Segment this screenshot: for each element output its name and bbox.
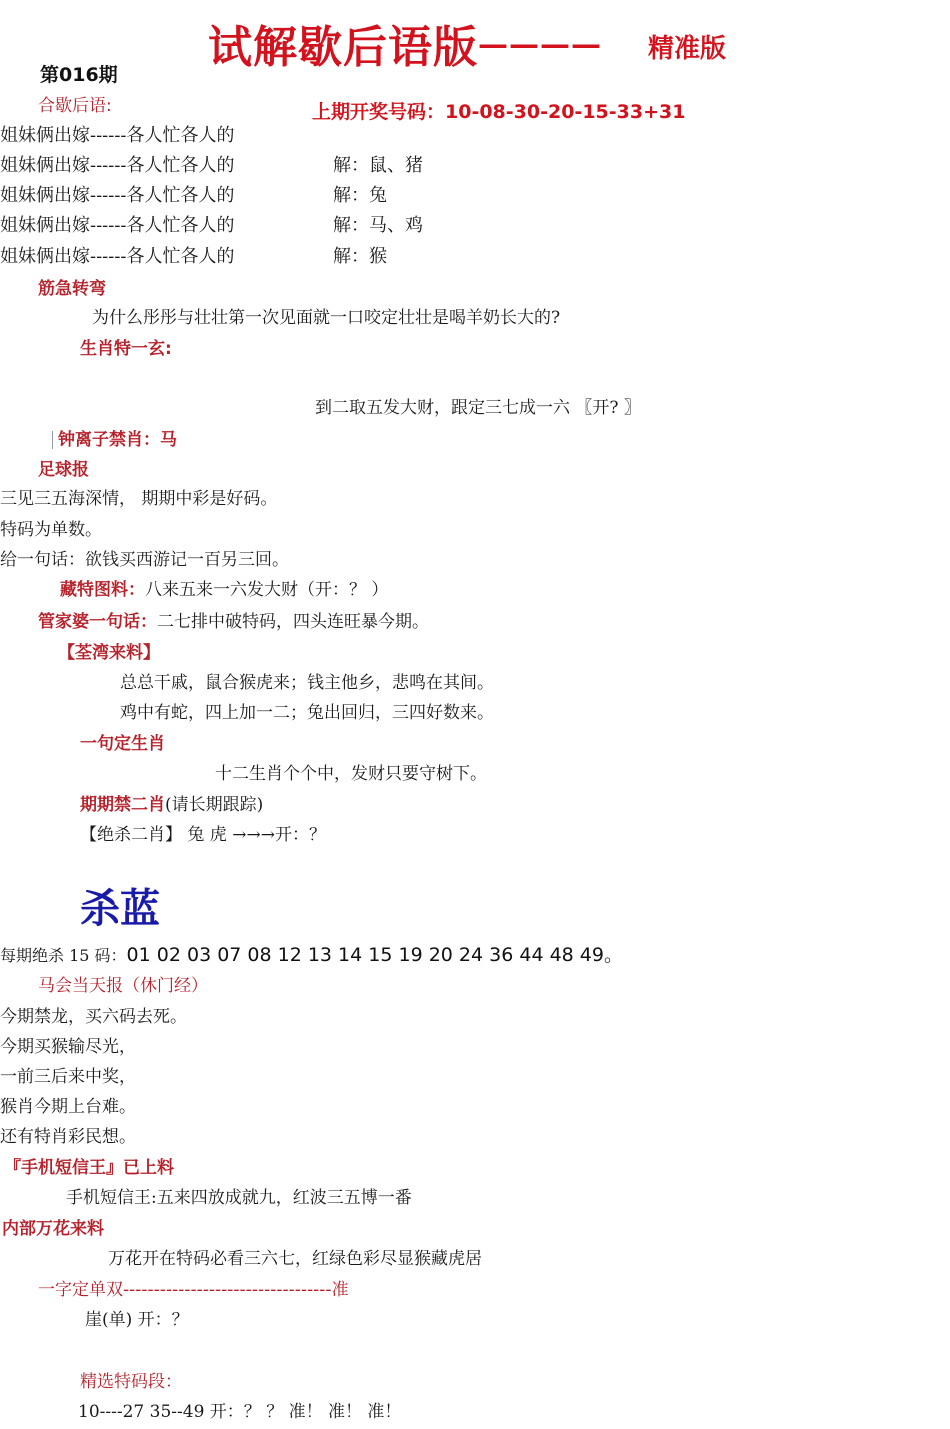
- zhongli-ban: 钟离子禁肖：马: [58, 432, 177, 449]
- racing-heading: 马会当天报（休门经）: [38, 978, 208, 995]
- kill-blue-label: 每期绝杀 15 码：: [0, 946, 127, 965]
- xiehouyu-heading: 合歇后语:: [38, 98, 112, 115]
- zodiac-special-text: 到二取五发大财，跟定三七成一六 〖开? 〗: [315, 400, 641, 417]
- housekeeper-row: 管家婆一句话：二七排中破特码，四头连旺暴今期。: [38, 614, 429, 631]
- racing-line: 今期禁龙，买六码去死。: [0, 1009, 187, 1026]
- title-text: 试解歇后语版: [208, 22, 478, 73]
- hidden-pic-label: 藏特图料：: [60, 580, 145, 600]
- quanwan-line: 总总干戚，鼠合猴虎来；钱主他乡，悲鸣在其间。: [120, 675, 494, 692]
- football-line: 给一句话：欲钱买西游记一百另三回。: [0, 552, 289, 569]
- riddle-heading: 筋急转弯: [38, 281, 106, 298]
- segment-text: 10----27 35--49 开：？ ？ 准！ 准！ 准！: [78, 1404, 401, 1421]
- football-heading: 足球报: [38, 462, 89, 479]
- kill-blue-row: 每期绝杀 15 码：01 02 03 07 08 12 13 14 15 19 …: [0, 946, 623, 965]
- xiehouyu-answer: 解：猴: [333, 248, 387, 266]
- xiehouyu-answer: 解：兔: [333, 187, 387, 205]
- xiehouyu-line: 姐妹俩出嫁------各人忙各人的: [0, 217, 235, 235]
- football-line: 特码为单数。: [0, 522, 102, 539]
- sms-king-heading: 『手机短信王』已上料: [4, 1160, 174, 1177]
- hidden-pic-text: 八来五来一六发大财（开：？ ）: [145, 580, 388, 600]
- hidden-pic-row: 藏特图料：八来五来一六发大财（开：？ ）: [60, 582, 388, 599]
- segment-heading: 精选特码段：: [80, 1374, 182, 1391]
- xiehouyu-line: 姐妹俩出嫁------各人忙各人的: [0, 248, 235, 266]
- odd-even-heading: 一字定单双----------------------------------准: [38, 1282, 349, 1299]
- ban-two-text: 【绝杀二肖】 兔 虎 →→→开：？: [80, 827, 326, 844]
- racing-line: 还有特肖彩民想。: [0, 1129, 136, 1146]
- title-subtitle: 精准版: [648, 36, 726, 62]
- racing-line: 一前三后来中奖，: [0, 1069, 136, 1086]
- wanhua-heading: 内部万花来料: [2, 1221, 104, 1238]
- xiehouyu-answer: 解：马、鸡: [333, 217, 423, 235]
- last-draw: 上期开奖号码：10-08-30-20-15-33+31: [312, 103, 685, 122]
- ban-two-heading: 期期禁二肖: [80, 795, 165, 815]
- kill-blue-numbers: 01 02 03 07 08 12 13 14 15 19 20 24 36 4…: [127, 944, 623, 966]
- last-draw-label: 上期开奖号码：: [312, 101, 445, 123]
- odd-even-text: 崖(单) 开：？: [85, 1312, 189, 1329]
- housekeeper-label: 管家婆一句话：: [38, 612, 157, 632]
- one-sentence-heading: 一句定生肖: [80, 736, 165, 753]
- quanwan-line: 鸡中有蛇，四上加一二；兔出回归，三四好数来。: [120, 705, 494, 722]
- page-title: 试解歇后语版————: [208, 26, 602, 70]
- one-sentence-text: 十二生肖个个中，发财只要守树下。: [215, 766, 487, 783]
- title-dash: ————: [478, 27, 602, 62]
- xiehouyu-line: 姐妹俩出嫁------各人忙各人的: [0, 157, 235, 175]
- racing-line: 猴肖今期上台难。: [0, 1099, 136, 1116]
- housekeeper-text: 二七排中破特码，四头连旺暴今期。: [157, 612, 429, 632]
- quanwan-heading: 【荃湾来料】: [58, 645, 160, 662]
- xiehouyu-line: 姐妹俩出嫁------各人忙各人的: [0, 127, 235, 145]
- ban-two-row: 期期禁二肖(请长期跟踪): [80, 797, 263, 814]
- riddle-question: 为什么彤彤与壮壮第一次见面就一口咬定壮壮是喝羊奶长大的?: [92, 310, 560, 327]
- issue-number: 第016期: [40, 66, 118, 85]
- football-line: 三见三五海深情， 期期中彩是好码。: [0, 491, 277, 508]
- sms-king-text: 手机短信王:五来四放成就九，红波三五博一番: [66, 1190, 412, 1207]
- xiehouyu-line: 姐妹俩出嫁------各人忙各人的: [0, 187, 235, 205]
- kill-blue-heading: 杀蓝: [80, 889, 160, 929]
- text-cursor-mark: [52, 431, 53, 449]
- xiehouyu-answer: 解：鼠、猪: [333, 157, 423, 175]
- last-draw-numbers: 10-08-30-20-15-33+31: [445, 101, 685, 123]
- zodiac-special-heading: 生肖特一玄:: [80, 341, 172, 358]
- wanhua-text: 万花开在特码必看三六七，红绿色彩尽显猴藏虎居: [108, 1251, 482, 1268]
- ban-two-note: (请长期跟踪): [165, 795, 263, 815]
- racing-line: 今期买猴输尽光，: [0, 1039, 136, 1056]
